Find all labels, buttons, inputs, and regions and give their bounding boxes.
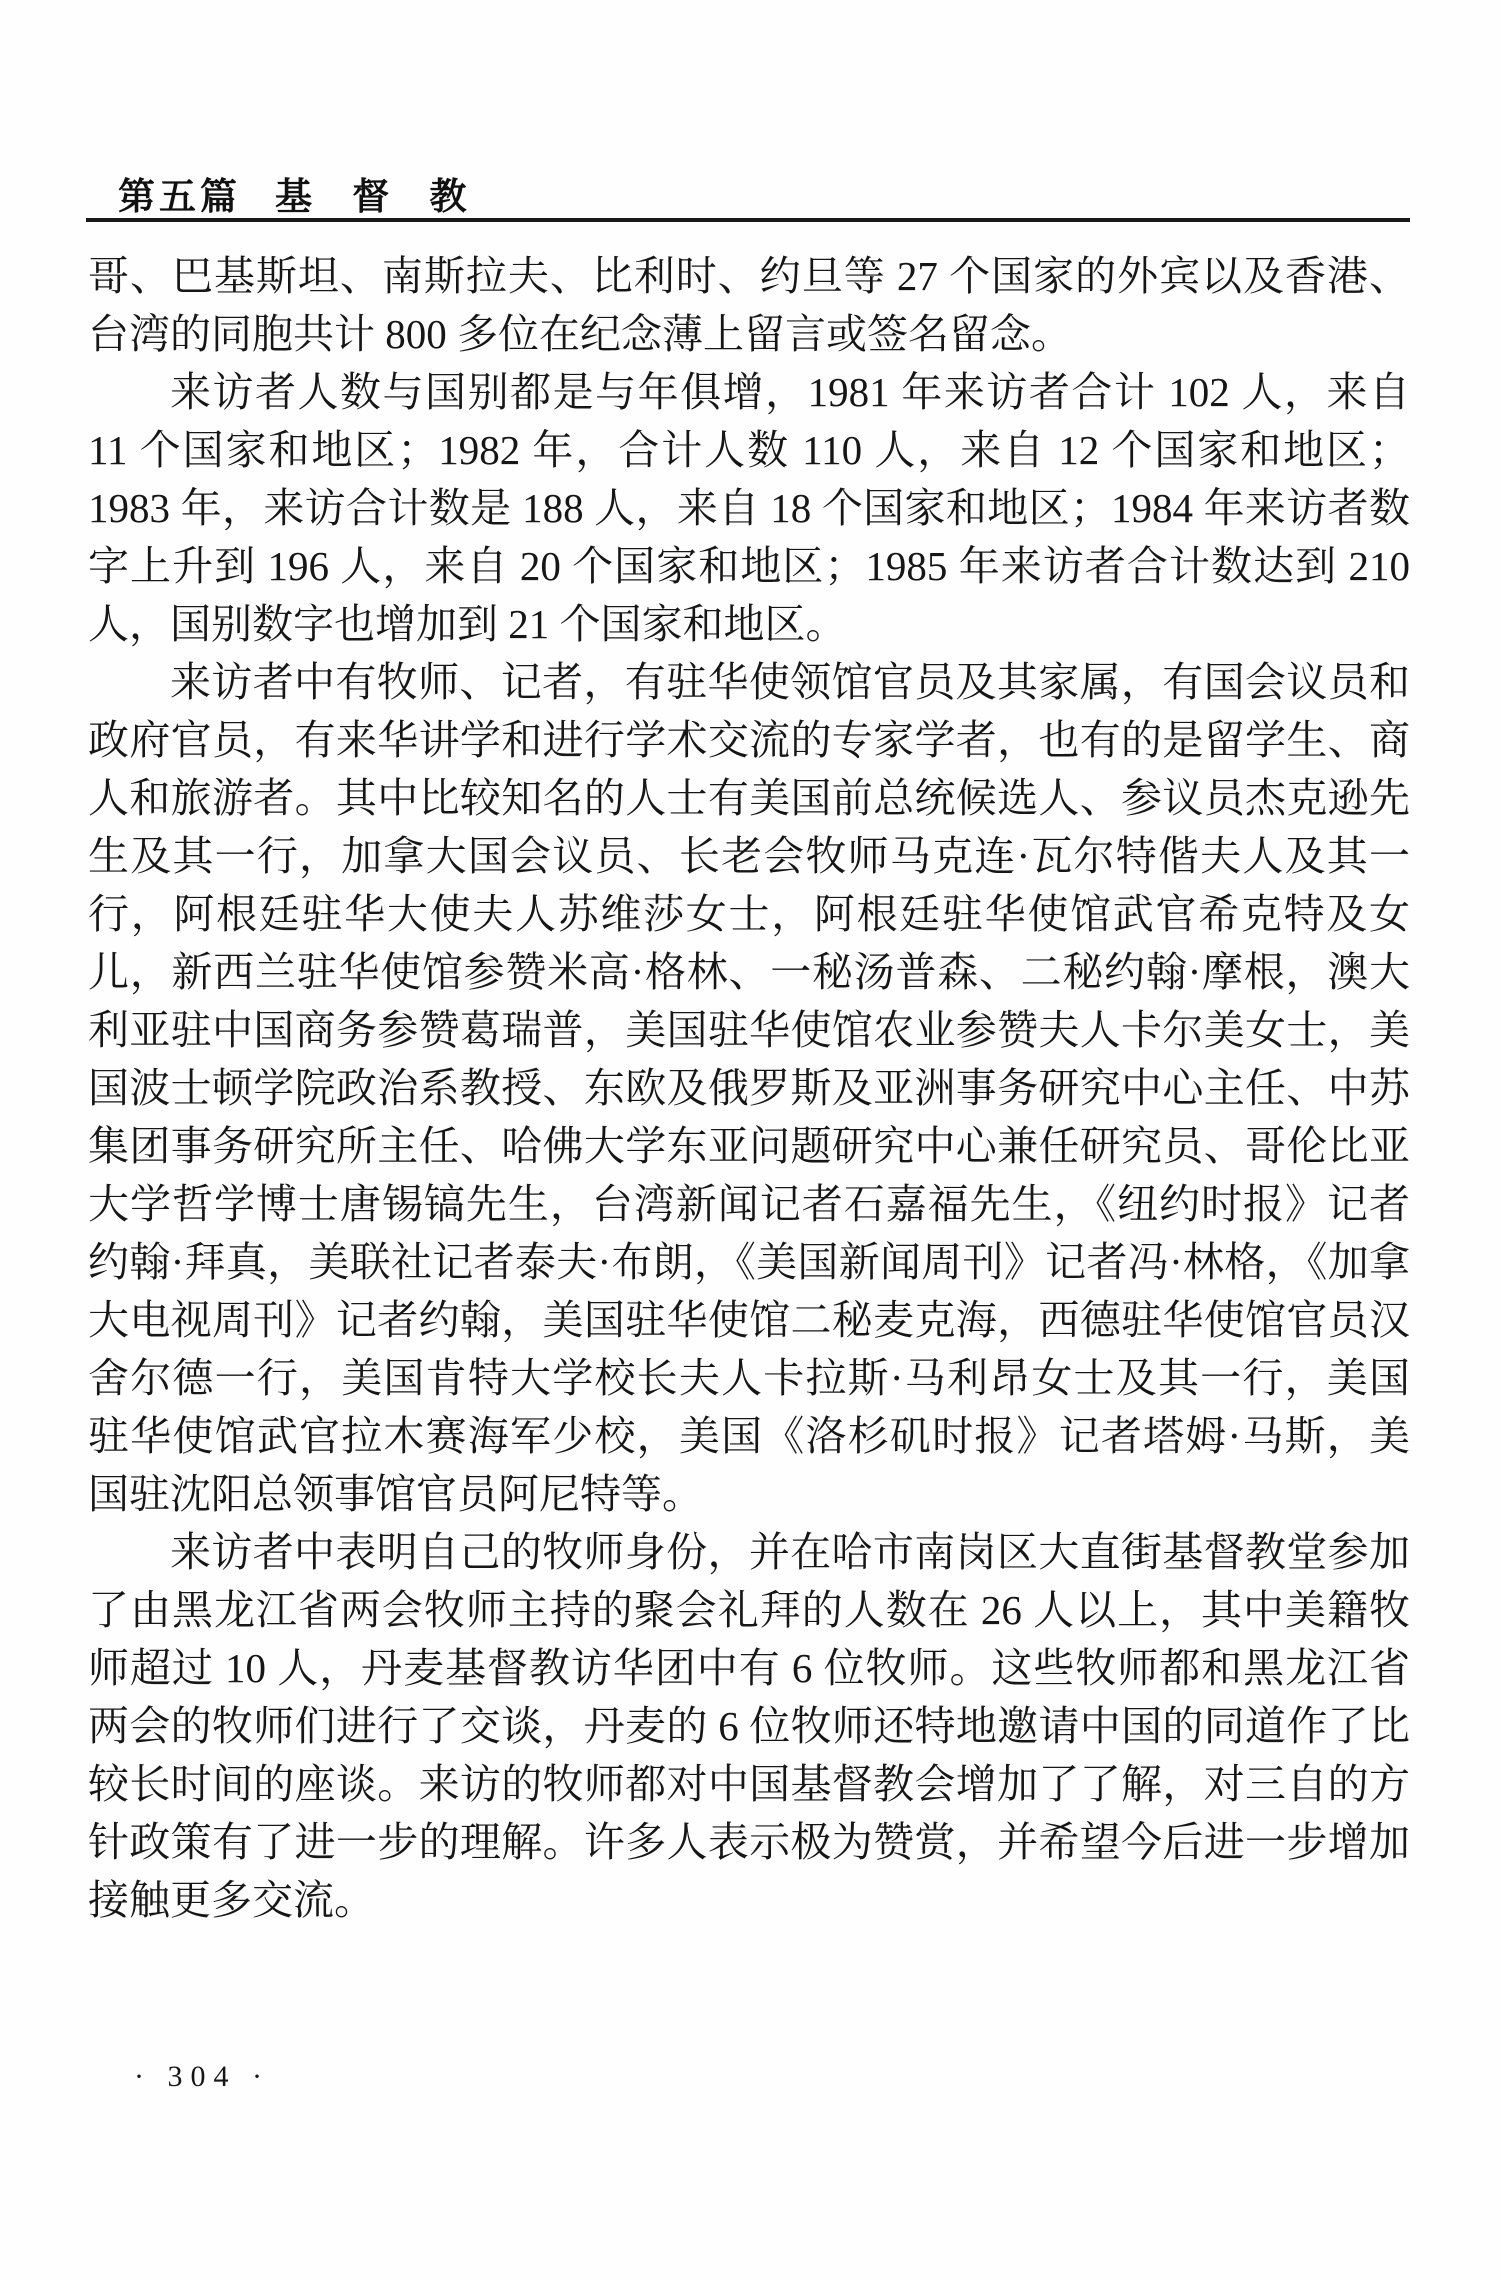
chapter-title: 基 督 教: [275, 176, 469, 217]
paragraph-pastor-visitors: 来访者中表明自己的牧师身份，并在哈市南岗区大直街基督教堂参加了由黑龙江省两会牧师…: [88, 1523, 1410, 1929]
section-label: 第五篇: [118, 176, 241, 217]
book-page: 第五篇基 督 教 哥、巴基斯坦、南斯拉夫、比利时、约旦等 27 个国家的外宾以及…: [0, 0, 1500, 2281]
header-rule: [86, 218, 1410, 222]
page-body: 哥、巴基斯坦、南斯拉夫、比利时、约旦等 27 个国家的外宾以及香港、台湾的同胞共…: [88, 247, 1410, 1929]
paragraph-continuation: 哥、巴基斯坦、南斯拉夫、比利时、约旦等 27 个国家的外宾以及香港、台湾的同胞共…: [88, 247, 1410, 363]
paragraph-notable-visitors: 来访者中有牧师、记者，有驻华使领馆官员及其家属，有国会议员和政府官员，有来华讲学…: [88, 653, 1410, 1523]
running-header: 第五篇基 督 教: [118, 166, 469, 220]
page-number: · 304 ·: [134, 2060, 270, 2094]
paragraph-visitor-statistics: 来访者人数与国别都是与年俱增，1981 年来访者合计 102 人，来自 11 个…: [88, 363, 1410, 653]
